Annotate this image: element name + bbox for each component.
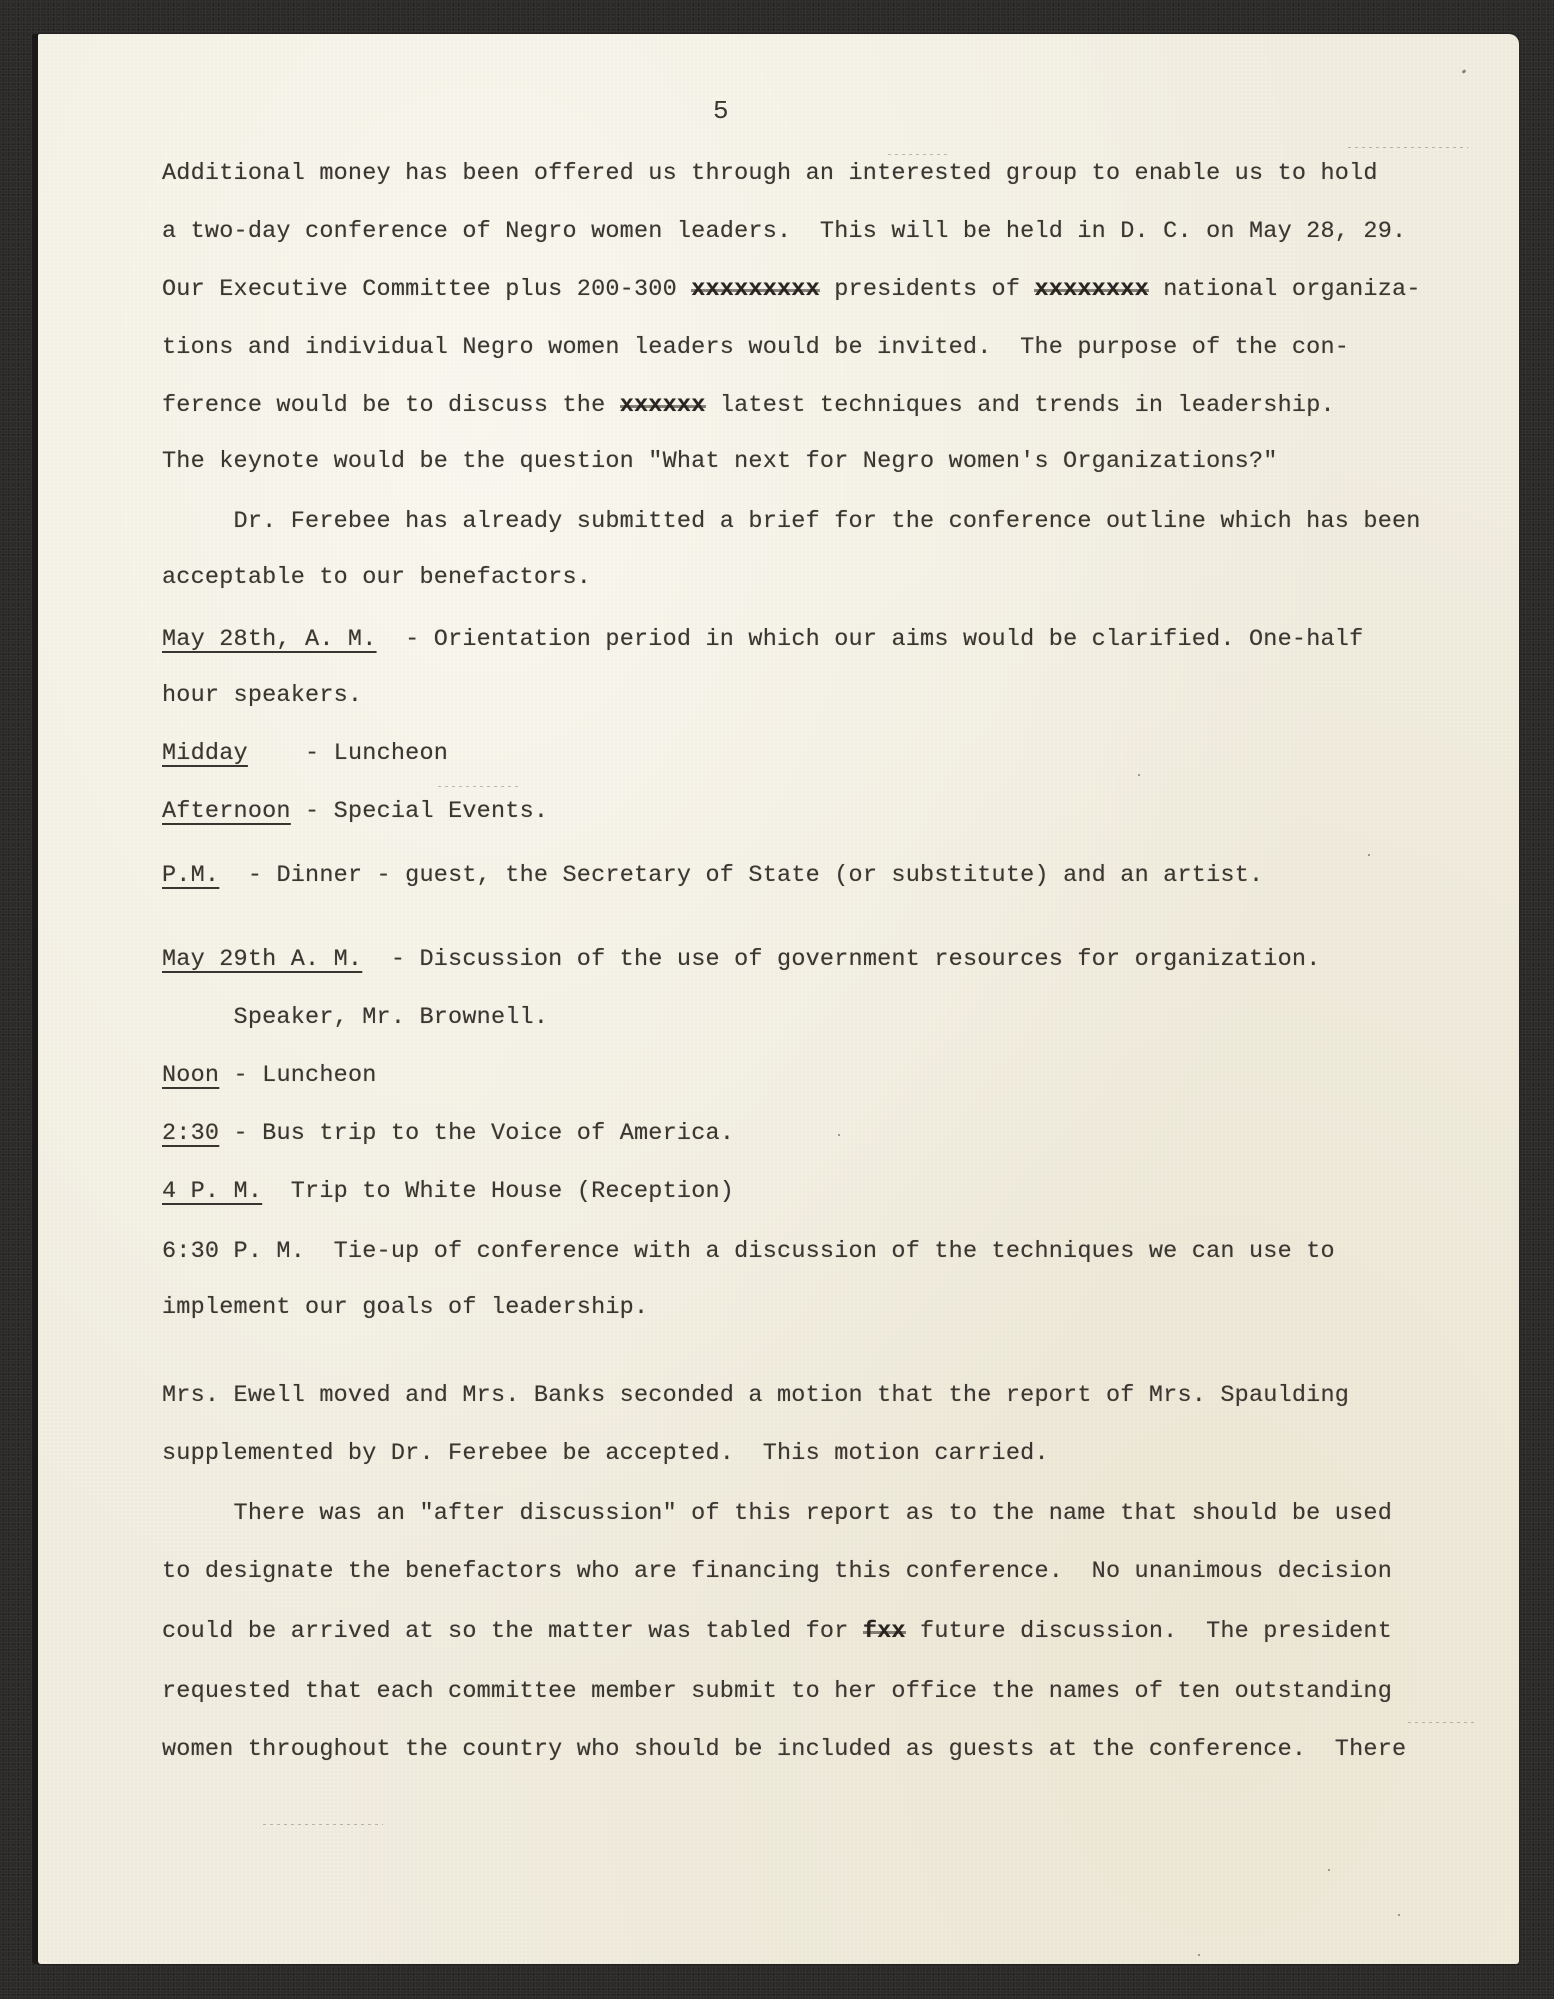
schedule-time: 2:30 [162,1120,219,1147]
text: Additional money has been offered us thr… [162,160,1378,187]
schedule-time: May 29th A. M. [162,946,362,973]
paper-speck [1198,1954,1200,1956]
after-discussion-line-5: women throughout the country who should … [162,1738,1406,1762]
schedule-time: May 28th, A. M. [162,626,377,653]
paragraph-2-line-1: Dr. Ferebee has already submitted a brie… [162,510,1421,534]
paragraph-1-line-1: Additional money has been offered us thr… [162,162,1378,186]
bleed-through-mark [438,786,518,787]
schedule-text: Dinner - guest, the Secretary of State (… [276,862,1263,889]
schedule-item-pm: P.M. - Dinner - guest, the Secretary of … [162,864,1263,888]
bleed-through-mark [1408,1722,1478,1723]
schedule-time: Midday [162,740,248,767]
text: latest techniques and trends in leadersh… [706,392,1335,419]
after-discussion-line-4: requested that each committee member sub… [162,1680,1392,1704]
text: future discussion. The president [906,1618,1392,1645]
struck-word-for: fxx [863,1618,906,1645]
separator: - [377,626,434,653]
schedule-text: Orientation period in which our aims wou… [434,626,1364,653]
paragraph-1-line-4: tions and individual Negro women leaders… [162,336,1349,360]
schedule-item-may29-am: May 29th A. M. - Discussion of the use o… [162,948,1321,972]
schedule-item-4pm: 4 P. M. Trip to White House (Reception) [162,1180,734,1204]
text: tions and individual Negro women leaders… [162,334,1349,361]
paper-mark [1462,69,1467,74]
schedule-time: Afternoon [162,798,291,825]
separator: - [219,1120,262,1147]
schedule-time: 6:30 P. M. [162,1238,305,1265]
paper-speck [1138,774,1140,776]
schedule-item-afternoon: Afternoon - Special Events. [162,800,548,824]
after-discussion-line-3: could be arrived at so the matter was ta… [162,1620,1392,1644]
schedule-item-may29-am-speaker: Speaker, Mr. Brownell. [162,1006,548,1030]
struck-word-nation: xxxxxxxx [1034,276,1148,303]
bleed-through-mark [1348,147,1468,148]
text: national organiza- [1149,276,1421,303]
struck-word-delegates: xxxxxxxxx [691,276,820,303]
schedule-text: Bus trip to the Voice of America. [262,1120,734,1147]
schedule-item-630pm-cont: implement our goals of leadership. [162,1296,648,1320]
separator [305,1238,334,1265]
schedule-text: Tie-up of conference with a discussion o… [334,1238,1335,1265]
text: could be arrived at so the matter was ta… [162,1618,863,1645]
text: The keynote would be the question "What … [162,448,1278,475]
text: Our Executive Committee plus 200-300 [162,276,691,303]
schedule-time: 4 P. M. [162,1178,262,1205]
schedule-item-midday: Midday - Luncheon [162,742,448,766]
separator: - [248,740,334,767]
text: a two-day conference of Negro women lead… [162,218,1406,245]
schedule-time: Noon [162,1062,219,1089]
schedule-time: P.M. [162,862,219,889]
paragraph-1-line-3: Our Executive Committee plus 200-300 xxx… [162,278,1421,302]
motion-line-1: Mrs. Ewell moved and Mrs. Banks seconded… [162,1384,1349,1408]
paper-speck [1328,1869,1330,1871]
document-page: 5 Additional money has been offered us t… [38,34,1519,1964]
page-number: 5 [713,96,729,126]
separator: - [291,798,334,825]
schedule-text: Special Events. [334,798,549,825]
schedule-item-may28-am: May 28th, A. M. - Orientation period in … [162,628,1363,652]
separator [262,1178,291,1205]
text: ference would be to discuss the [162,392,620,419]
schedule-item-230: 2:30 - Bus trip to the Voice of America. [162,1122,734,1146]
motion-line-2: supplemented by Dr. Ferebee be accepted.… [162,1442,1049,1466]
bleed-through-mark [263,1824,383,1825]
schedule-text: Luncheon [262,1062,376,1089]
schedule-item-630pm: 6:30 P. M. Tie-up of conference with a d… [162,1240,1335,1264]
separator: - [219,862,276,889]
schedule-item-may28-am-cont: hour speakers. [162,684,362,708]
paragraph-1-line-6: The keynote would be the question "What … [162,450,1278,474]
schedule-item-noon: Noon - Luncheon [162,1064,377,1088]
schedule-text: Discussion of the use of government reso… [419,946,1320,973]
separator: - [362,946,419,973]
paper-speck [1368,854,1370,856]
text: presidents of [820,276,1035,303]
after-discussion-line-2: to designate the benefactors who are fin… [162,1560,1392,1584]
separator: - [219,1062,262,1089]
paragraph-1-line-2: a two-day conference of Negro women lead… [162,220,1406,244]
paper-speck [838,1134,840,1136]
struck-word-latest: xxxxxx [620,392,706,419]
paragraph-2-line-2: acceptable to our benefactors. [162,566,591,590]
after-discussion-line-1: There was an "after discussion" of this … [162,1502,1392,1526]
schedule-text: Luncheon [334,740,448,767]
paragraph-1-line-5: ference would be to discuss the xxxxxx l… [162,394,1335,418]
paper-speck [1398,1914,1400,1916]
schedule-text: Trip to White House (Reception) [291,1178,734,1205]
bleed-through-mark [888,154,948,155]
